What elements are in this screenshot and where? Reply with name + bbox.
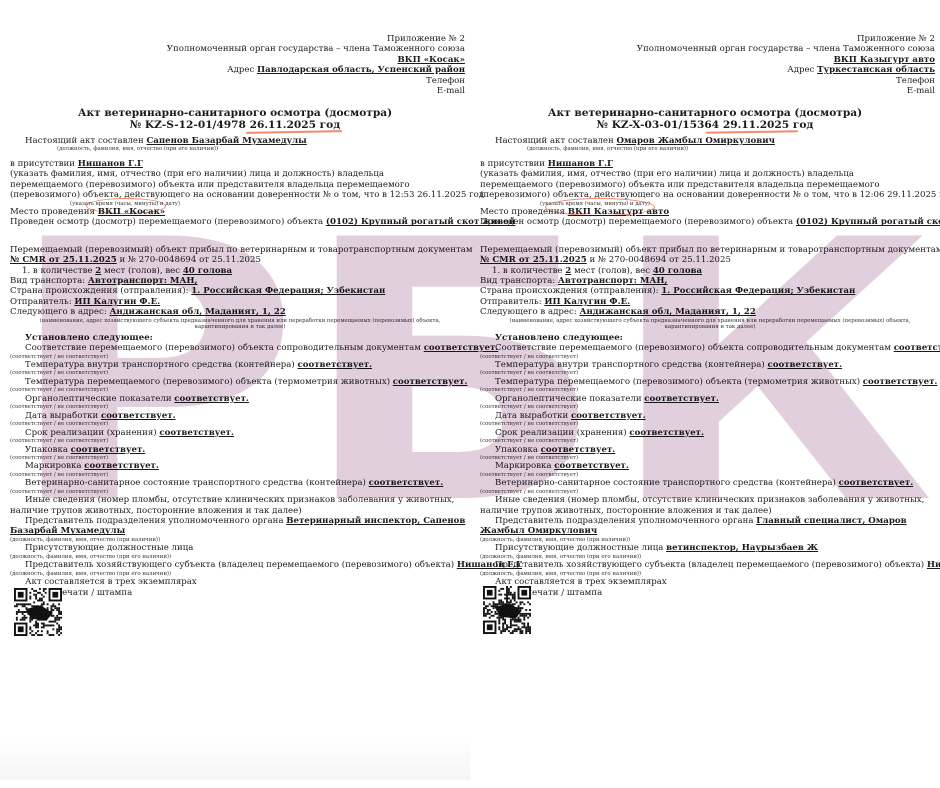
check-item: Соответствие перемещаемого (перевозимого…: [480, 343, 940, 353]
phone-label: Телефон: [167, 76, 465, 86]
sender-value: ИП Калугин Ф.Е.: [544, 297, 630, 307]
check-item: Дата выработки соответствует.: [10, 411, 470, 421]
checks-list: Соответствие перемещаемого (перевозимого…: [480, 343, 940, 495]
appendix-label: Приложение № 2: [167, 34, 465, 44]
composed-by: Сапенов Базарбай Мухамедулы: [146, 136, 306, 146]
document-body: Настоящий акт составлен Сапенов Базарбай…: [10, 136, 470, 598]
authority-name: ВКП «Косак»: [167, 55, 465, 65]
veterinary-act-right: Приложение № 2 Уполномоченный орган госу…: [470, 0, 940, 788]
check-result: соответствует.: [644, 394, 719, 404]
check-item: Ветеринарно-санитарное состояние транспо…: [10, 478, 470, 488]
check-result: соответствует.: [768, 360, 843, 370]
presence-name: Нишанов Г.Г: [548, 159, 613, 169]
checks-list: Соответствие перемещаемого (перевозимого…: [10, 343, 470, 495]
transport-value: Автотранспорт: МАН,: [88, 276, 198, 286]
check-result: соответствует.: [84, 461, 159, 471]
check-item: Ветеринарно-санитарное состояние транспо…: [480, 478, 940, 488]
check-item: Упаковка соответствует.: [10, 445, 470, 455]
other-info: Иные сведения (номер пломбы, отсутствие …: [10, 495, 470, 516]
check-item: Температура внутри транспортного средств…: [480, 360, 940, 370]
established-heading: Установлено следующее:: [10, 333, 470, 343]
cmr-number: № CMR от 25.11.2025: [10, 255, 117, 265]
page-edge-shadow: [0, 735, 470, 780]
weight-value: 40 голова: [183, 266, 232, 276]
email-label: E-mail: [637, 86, 935, 96]
appendix-label: Приложение № 2: [637, 34, 935, 44]
origin-value: 1. Российская Федерация; Узбекистан: [191, 286, 385, 296]
presence-name: Нишанов Г.Г: [78, 159, 143, 169]
check-result: соответствует.: [159, 428, 234, 438]
check-item: Органолептические показатели соответству…: [480, 394, 940, 404]
authority-line: Уполномоченный орган государства – члена…: [637, 44, 935, 54]
check-result: соответствует.: [101, 411, 176, 421]
document-header: Приложение № 2 Уполномоченный орган госу…: [637, 34, 935, 96]
act-number: № KZ-S-12-01/4978: [130, 119, 246, 131]
stamp-place: Место печати / штампа: [10, 588, 470, 598]
qr-code: [483, 586, 531, 634]
check-result: соответствует.: [839, 478, 914, 488]
phone-label: Телефон: [637, 76, 935, 86]
document-header: Приложение № 2 Уполномоченный орган госу…: [167, 34, 465, 96]
check-result: соответствует.: [894, 343, 940, 353]
check-item: Органолептические показатели соответству…: [10, 394, 470, 404]
transport-value: Автотранспорт: МАН,: [558, 276, 668, 286]
inspected-object: (0102) Крупный рогатый скот живой: [796, 217, 940, 227]
check-item: Срок реализации (хранения) соответствует…: [480, 428, 940, 438]
document-body: Настоящий акт составлен Омаров Жамбыл Ом…: [480, 136, 940, 598]
address-value: Павлодарская область, Успенский район: [257, 65, 465, 75]
copies-note: Акт составляется в трех экземплярах: [480, 577, 940, 587]
check-result: соответствует.: [571, 411, 646, 421]
check-result: соответствует.: [629, 428, 704, 438]
check-result: соответствует.: [393, 377, 468, 387]
owner-representative: Нишанов Г.Г: [927, 560, 940, 570]
check-item: Срок реализации (хранения) соответствует…: [10, 428, 470, 438]
address-line: Адрес Павлодарская область, Успенский ра…: [167, 65, 465, 75]
document-title: Акт ветеринарно-санитарного осмотра (дос…: [470, 107, 940, 131]
check-item: Маркировка соответствует.: [10, 461, 470, 471]
check-result: соответствует.: [298, 360, 373, 370]
present-officials: ветинспектор, Наурызбаев Ж: [666, 543, 818, 553]
qr-code: [14, 588, 62, 636]
check-result: соответствует.: [554, 461, 629, 471]
check-item: Температура перемещаемого (перевозимого)…: [10, 377, 470, 387]
document-title: Акт ветеринарно-санитарного осмотра (дос…: [0, 107, 470, 131]
cmr-number: № CMR от 25.11.2025: [480, 255, 587, 265]
destination-value: Андижанская обл, Маданият, 1, 22: [579, 307, 755, 317]
check-item: Упаковка соответствует.: [480, 445, 940, 455]
check-result: соответствует.: [174, 394, 249, 404]
address-line: Адрес Туркестанская область: [637, 65, 935, 75]
established-heading: Установлено следующее:: [480, 333, 940, 343]
inspection-place: ВКП Казыгурт авто: [568, 207, 669, 217]
check-result: соответствует.: [863, 377, 938, 387]
composed-by: Омаров Жамбыл Омиркулович: [616, 136, 774, 146]
authority-name: ВКП Казыгурт авто: [637, 55, 935, 65]
destination-value: Андижанская обл, Маданият, 1, 22: [109, 307, 285, 317]
act-date: 29.11.2025 год: [723, 119, 814, 131]
act-date: 26.11.2025 год: [250, 119, 341, 131]
check-item: Маркировка соответствует.: [480, 461, 940, 471]
act-number: № KZ-X-03-01/15364: [597, 119, 720, 131]
sender-value: ИП Калугин Ф.Е.: [74, 297, 160, 307]
origin-value: 1. Российская Федерация; Узбекистан: [661, 286, 855, 296]
check-item: Температура перемещаемого (перевозимого)…: [480, 377, 940, 387]
email-label: E-mail: [167, 86, 465, 96]
check-result: соответствует.: [71, 445, 146, 455]
authority-line: Уполномоченный орган государства – члена…: [167, 44, 465, 54]
check-item: Дата выработки соответствует.: [480, 411, 940, 421]
check-result: соответствует.: [369, 478, 444, 488]
copies-note: Акт составляется в трех экземплярах: [10, 577, 470, 587]
check-item: Температура внутри транспортного средств…: [10, 360, 470, 370]
stamp-place: Место печати / штампа: [480, 588, 940, 598]
weight-value: 40 голова: [653, 266, 702, 276]
check-item: Соответствие перемещаемого (перевозимого…: [10, 343, 470, 353]
address-value: Туркестанская область: [817, 65, 935, 75]
inspection-place: ВКП «Косак»: [98, 207, 166, 217]
other-info: Иные сведения (номер пломбы, отсутствие …: [480, 495, 940, 516]
check-result: соответствует.: [541, 445, 616, 455]
veterinary-act-left: Приложение № 2 Уполномоченный орган госу…: [0, 0, 470, 788]
